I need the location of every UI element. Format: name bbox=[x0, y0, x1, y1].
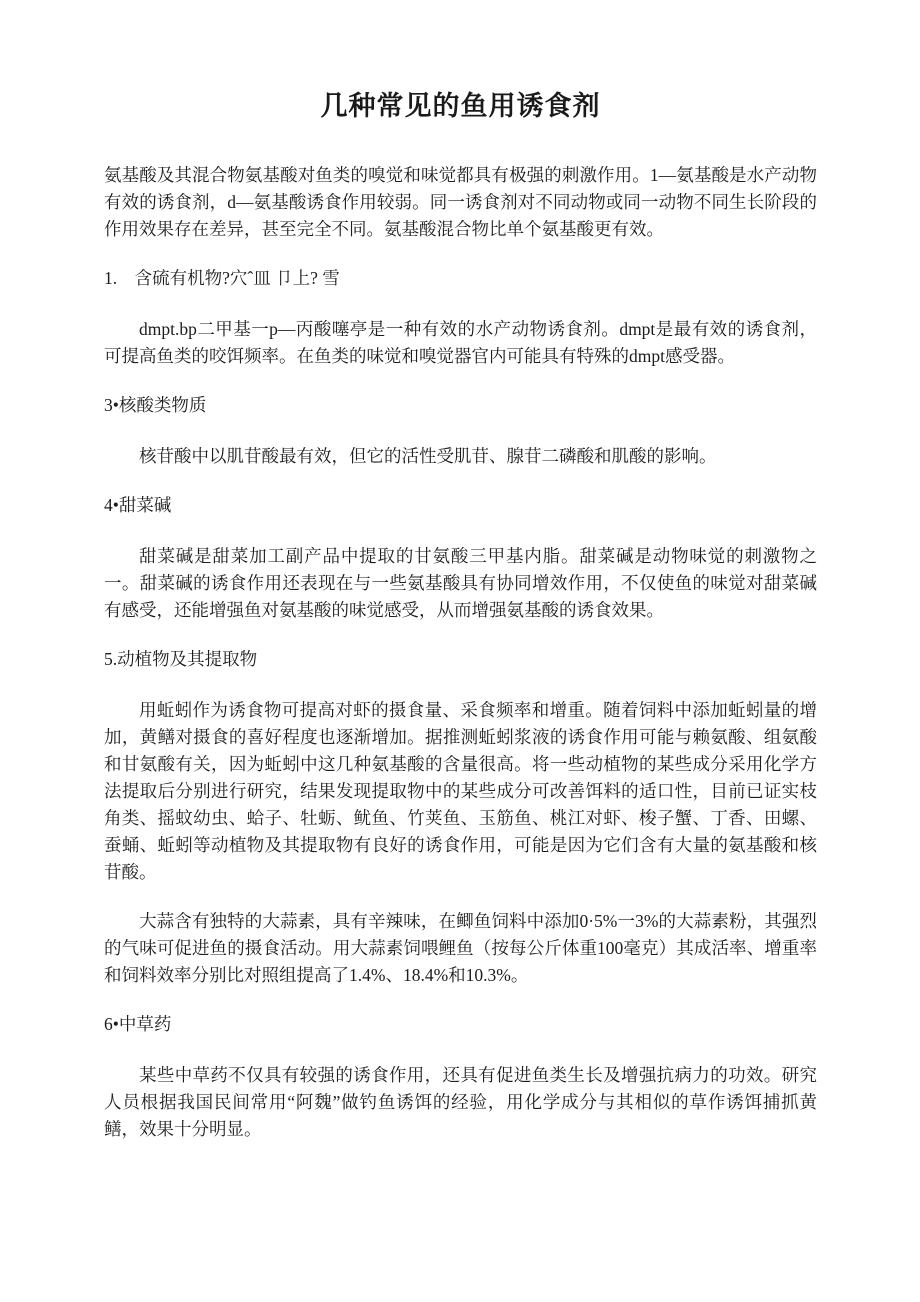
paragraph-betaine: 甜菜碱是甜菜加工副产品中提取的甘氨酸三甲基内脂。甜菜碱是动物味觉的刺激物之一。甜… bbox=[104, 543, 817, 624]
paragraph-herbal-medicine: 某些中草药不仅具有较强的诱食作用，还具有促进鱼类生长及增强抗病力的功效。研究人员… bbox=[104, 1062, 817, 1143]
paragraph-dmpt: dmpt.bp二甲基一p—丙酸噻亭是一种有效的水产动物诱食剂。dmpt是最有效的… bbox=[104, 316, 817, 370]
section-heading-betaine: 4•甜菜碱 bbox=[104, 492, 817, 519]
paragraph-garlic-allicin: 大蒜含有独特的大蒜素，具有辛辣味，在鲫鱼饲料中添加0·5%一3%的大蒜素粉，其强… bbox=[104, 908, 817, 989]
section-heading-sulfur-organics: 1. 含硫有机物?穴ˆ皿 卩上? 雪 bbox=[104, 265, 817, 292]
intro-paragraph: 氨基酸及其混合物氨基酸对鱼类的嗅觉和味觉都具有极强的刺激作用。1—氨基酸是水产动… bbox=[104, 162, 817, 243]
document-title: 几种常见的鱼用诱食剂 bbox=[104, 88, 817, 124]
paragraph-earthworm-extracts: 用蚯蚓作为诱食物可提高对虾的摄食量、采食频率和增重。随着饲料中添加蚯蚓量的增加，… bbox=[104, 697, 817, 886]
section-animal-plant-extracts: 5.动植物及其提取物 用蚯蚓作为诱食物可提高对虾的摄食量、采食频率和增重。随着饲… bbox=[104, 646, 817, 989]
section-betaine: 4•甜菜碱 甜菜碱是甜菜加工副产品中提取的甘氨酸三甲基内脂。甜菜碱是动物味觉的刺… bbox=[104, 492, 817, 624]
section-heading-animal-plant-extracts: 5.动植物及其提取物 bbox=[104, 646, 817, 673]
document-page: 几种常见的鱼用诱食剂 氨基酸及其混合物氨基酸对鱼类的嗅觉和味觉都具有极强的刺激作… bbox=[0, 0, 920, 1302]
section-herbal-medicine: 6•中草药 某些中草药不仅具有较强的诱食作用，还具有促进鱼类生长及增强抗病力的功… bbox=[104, 1011, 817, 1143]
paragraph-nucleotides: 核苷酸中以肌苷酸最有效，但它的活性受肌苷、腺苷二磷酸和肌酸的影响。 bbox=[104, 443, 817, 470]
section-heading-herbal-medicine: 6•中草药 bbox=[104, 1011, 817, 1038]
section-sulfur-organics: 1. 含硫有机物?穴ˆ皿 卩上? 雪 dmpt.bp二甲基一p—丙酸噻亭是一种有… bbox=[104, 265, 817, 370]
section-nucleic-acids: 3•核酸类物质 核苷酸中以肌苷酸最有效，但它的活性受肌苷、腺苷二磷酸和肌酸的影响… bbox=[104, 392, 817, 470]
section-heading-nucleic-acids: 3•核酸类物质 bbox=[104, 392, 817, 419]
